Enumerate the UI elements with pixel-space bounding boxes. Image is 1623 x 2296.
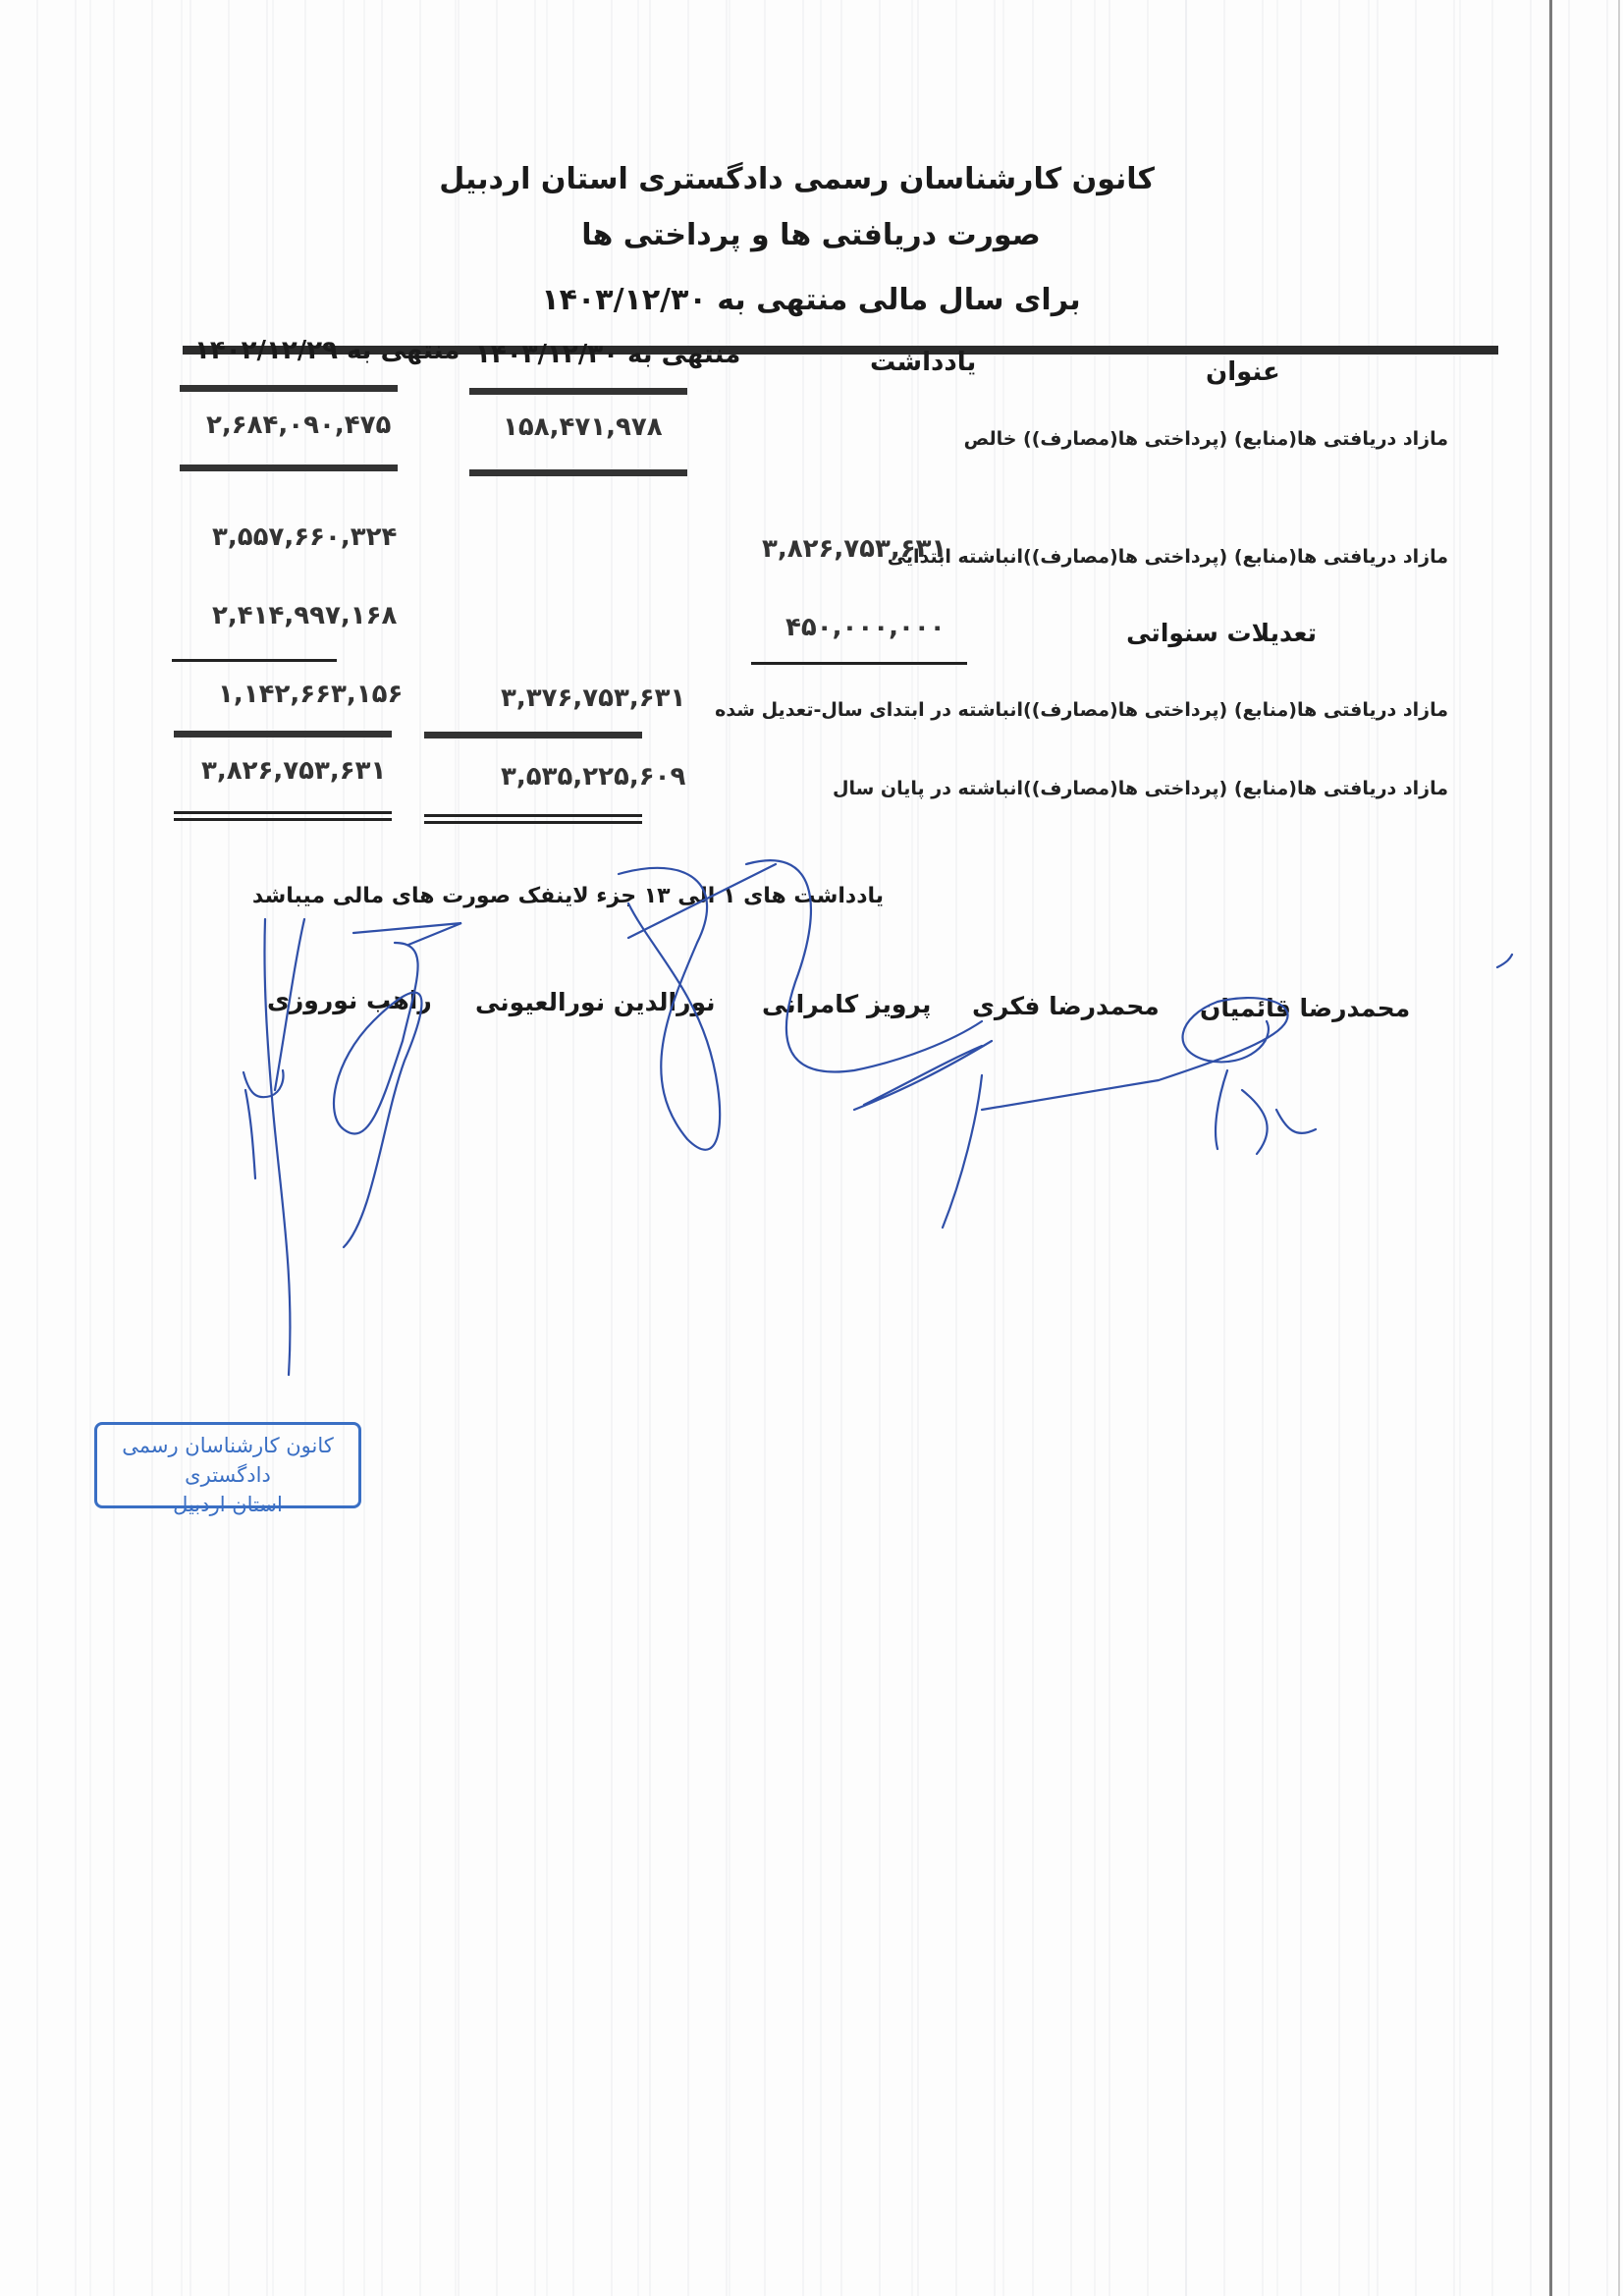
row-prior-value: ۱,۱۴۲,۶۶۳,۱۵۶	[218, 680, 403, 709]
total-double-rule	[424, 821, 642, 824]
row-note-value: ۴۵۰,۰۰۰,۰۰۰	[785, 613, 946, 642]
row-current-value: ۳,۳۷۶,۷۵۳,۶۳۱	[501, 683, 685, 713]
sum-rule	[172, 659, 337, 662]
row-prior-value: ۳,۵۵۷,۶۶۰,۳۲۴	[212, 522, 397, 552]
footnote: یادداشت های ۱ الی ۱۳ جزء لاینفک صورت های…	[252, 884, 884, 908]
row-prior-value: ۲,۶۸۴,۰۹۰,۴۷۵	[206, 410, 391, 440]
subtotal-rule	[424, 732, 642, 738]
official-stamp: کانون کارشناسان رسمی دادگستری استان اردب…	[94, 1422, 361, 1508]
row-current-value: ۱۵۸,۴۷۱,۹۷۸	[503, 412, 663, 442]
row-prior-value: ۳,۸۲۶,۷۵۳,۶۳۱	[201, 756, 386, 786]
row-title: مازاد دریافتی ها(منابع) (پرداختی ها(مصار…	[888, 546, 1448, 568]
subtotal-rule	[469, 469, 687, 476]
column-current-year: منتهی به ۱۴۰۳/۱۲/۳۰	[475, 340, 740, 369]
statement-title: صورت دریافتی ها و پرداختی ها	[467, 218, 1155, 252]
signatory-name: محمدرضا فکری	[972, 992, 1160, 1020]
total-double-rule	[174, 811, 392, 814]
column-rule	[180, 385, 398, 392]
row-title: مازاد دریافتی ها(منابع) (پرداختی ها(مصار…	[964, 428, 1448, 450]
row-note-value: ۳,۸۲۶,۷۵۳,۶۳۱	[762, 534, 947, 564]
subtotal-rule	[180, 465, 398, 471]
signatory-name: محمدرضا قائمیان	[1200, 994, 1410, 1022]
stamp-line-1: کانون کارشناسان رسمی دادگستری	[97, 1431, 358, 1490]
signatory-name: نورالدین نورالعیونی	[475, 988, 716, 1016]
column-note: یادداشت	[870, 348, 976, 377]
signatory-name: راهب نوروزی	[267, 986, 432, 1014]
signatory-name: پرویز کامرانی	[762, 990, 931, 1018]
row-current-value: ۳,۵۳۵,۲۲۵,۶۰۹	[501, 762, 685, 792]
total-double-rule	[424, 814, 642, 817]
row-title: مازاد دریافتی ها(منابع) (پرداختی ها(مصار…	[715, 699, 1448, 721]
row-title: تعدیلات سنواتی	[1126, 619, 1317, 647]
total-double-rule	[174, 818, 392, 821]
period-title: برای سال مالی منتهی به ۱۴۰۳/۱۲/۳۰	[467, 283, 1155, 317]
column-rule	[469, 388, 687, 395]
column-prior-year: منتهی به ۱۴۰۲/۱۲/۲۹	[194, 336, 460, 365]
stamp-line-2: استان اردبیل	[97, 1490, 358, 1519]
organization-title: کانون کارشناسان رسمی دادگستری استان اردب…	[467, 162, 1155, 196]
scan-edge-line	[1549, 0, 1552, 2296]
subtotal-rule	[174, 731, 392, 738]
scan-edge-line	[1618, 0, 1620, 2296]
column-title: عنوان	[1206, 357, 1280, 387]
note-sum-rule	[751, 662, 967, 665]
row-title: مازاد دریافتی ها(منابع) (پرداختی ها(مصار…	[833, 778, 1448, 799]
row-prior-value: ۲,۴۱۴,۹۹۷,۱۶۸	[212, 601, 397, 630]
